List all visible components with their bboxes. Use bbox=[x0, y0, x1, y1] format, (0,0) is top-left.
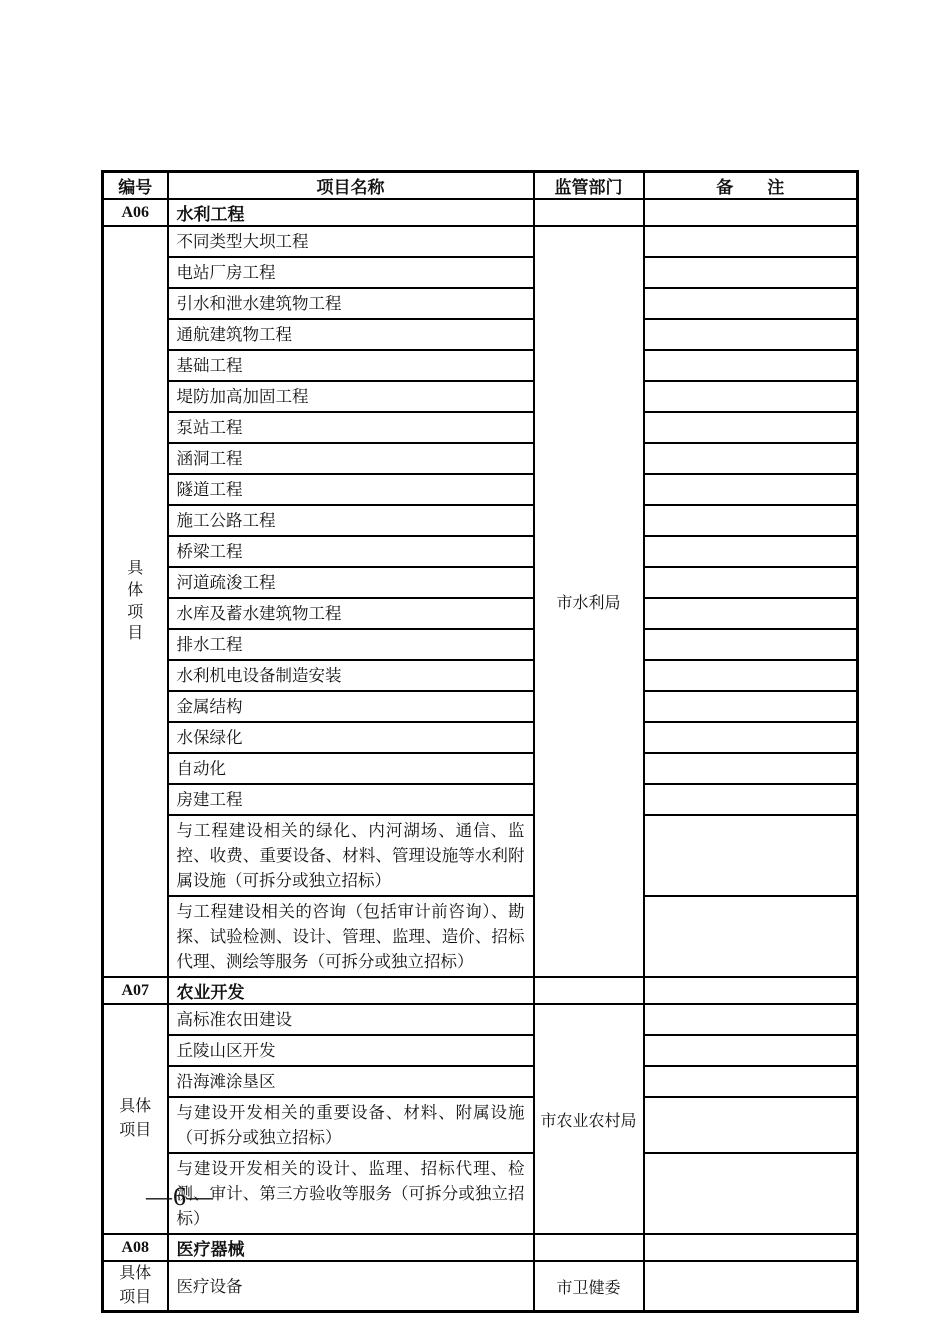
remark-cell bbox=[644, 629, 858, 660]
project-row: 沿海滩涂垦区 bbox=[103, 1066, 858, 1097]
dept-cell-empty bbox=[534, 977, 644, 1004]
project-row: 与建设开发相关的设计、监理、招标代理、检测、审计、第三方验收等服务（可拆分或独立… bbox=[103, 1153, 858, 1234]
project-name-cell: 高标准农田建设 bbox=[168, 1004, 534, 1035]
remark-cell bbox=[644, 381, 858, 412]
project-name-cell: 不同类型大坝工程 bbox=[168, 226, 534, 257]
project-row: 基础工程 bbox=[103, 350, 858, 381]
project-row: 施工公路工程 bbox=[103, 505, 858, 536]
remark-cell bbox=[644, 691, 858, 722]
dept-cell-empty bbox=[534, 199, 644, 226]
category-title-cell: 医疗器械 bbox=[168, 1234, 534, 1261]
remark-cell bbox=[644, 1234, 858, 1261]
project-row: 房建工程 bbox=[103, 784, 858, 815]
project-row: 丘陵山区开发 bbox=[103, 1035, 858, 1066]
remark-cell bbox=[644, 350, 858, 381]
project-name-cell: 桥梁工程 bbox=[168, 536, 534, 567]
project-name-cell: 金属结构 bbox=[168, 691, 534, 722]
code-cell: A08 bbox=[103, 1234, 168, 1261]
project-name-cell: 引水和泄水建筑物工程 bbox=[168, 288, 534, 319]
remark-cell bbox=[644, 815, 858, 896]
remark-cell bbox=[644, 1097, 858, 1153]
remark-cell bbox=[644, 443, 858, 474]
project-row: 电站厂房工程 bbox=[103, 257, 858, 288]
project-name-cell: 医疗设备 bbox=[168, 1261, 534, 1312]
project-row: 与工程建设相关的绿化、内河湖场、通信、监控、收费、重要设备、材料、管理设施等水利… bbox=[103, 815, 858, 896]
project-row: 具体项目 不同类型大坝工程 市水利局 bbox=[103, 226, 858, 257]
category-title-cell: 水利工程 bbox=[168, 199, 534, 226]
remark-cell bbox=[644, 536, 858, 567]
remark-cell bbox=[644, 505, 858, 536]
project-row: 水保绿化 bbox=[103, 722, 858, 753]
header-remark: 备 注 bbox=[644, 172, 858, 200]
project-row: 泵站工程 bbox=[103, 412, 858, 443]
remark-cell bbox=[644, 1153, 858, 1234]
project-name-cell: 基础工程 bbox=[168, 350, 534, 381]
project-name-cell: 河道疏浚工程 bbox=[168, 567, 534, 598]
project-row: 通航建筑物工程 bbox=[103, 319, 858, 350]
project-name-cell: 排水工程 bbox=[168, 629, 534, 660]
header-code: 编号 bbox=[103, 172, 168, 200]
project-name-cell: 电站厂房工程 bbox=[168, 257, 534, 288]
remark-cell bbox=[644, 1066, 858, 1097]
document-page: 编号 项目名称 监管部门 备 注 A06 水利工程 具体项目 不同类型大坝工程 … bbox=[0, 0, 950, 1343]
remark-cell bbox=[644, 1035, 858, 1066]
remark-cell bbox=[644, 660, 858, 691]
remark-cell bbox=[644, 1004, 858, 1035]
project-name-cell: 堤防加高加固工程 bbox=[168, 381, 534, 412]
project-name-cell: 自动化 bbox=[168, 753, 534, 784]
remark-cell bbox=[644, 784, 858, 815]
project-name-cell: 通航建筑物工程 bbox=[168, 319, 534, 350]
project-row: 引水和泄水建筑物工程 bbox=[103, 288, 858, 319]
code-cell: A07 bbox=[103, 977, 168, 1004]
remark-cell bbox=[644, 319, 858, 350]
remark-cell bbox=[644, 722, 858, 753]
project-name-cell: 水利机电设备制造安装 bbox=[168, 660, 534, 691]
category-title-cell: 农业开发 bbox=[168, 977, 534, 1004]
project-name-cell: 与建设开发相关的重要设备、材料、附属设施（可拆分或独立招标） bbox=[168, 1097, 534, 1153]
code-cell: A06 bbox=[103, 199, 168, 226]
remark-cell bbox=[644, 257, 858, 288]
remark-cell bbox=[644, 977, 858, 1004]
project-name-cell: 沿海滩涂垦区 bbox=[168, 1066, 534, 1097]
dept-cell-empty bbox=[534, 1234, 644, 1261]
category-row-a08: A08 医疗器械 bbox=[103, 1234, 858, 1261]
project-name-cell: 隧道工程 bbox=[168, 474, 534, 505]
project-row: 与建设开发相关的重要设备、材料、附属设施（可拆分或独立招标） bbox=[103, 1097, 858, 1153]
project-row: 河道疏浚工程 bbox=[103, 567, 858, 598]
remark-cell bbox=[644, 1261, 858, 1312]
project-row: 具体项目 高标准农田建设 市农业农村局 bbox=[103, 1004, 858, 1035]
remark-cell bbox=[644, 412, 858, 443]
category-row-a06: A06 水利工程 bbox=[103, 199, 858, 226]
project-row: 与工程建设相关的咨询（包括审计前咨询）、勘探、试验检测、设计、管理、监理、造价、… bbox=[103, 896, 858, 977]
project-name-cell: 泵站工程 bbox=[168, 412, 534, 443]
project-name-cell: 丘陵山区开发 bbox=[168, 1035, 534, 1066]
project-row: 水库及蓄水建筑物工程 bbox=[103, 598, 858, 629]
project-name-cell: 与工程建设相关的咨询（包括审计前咨询）、勘探、试验检测、设计、管理、监理、造价、… bbox=[168, 896, 534, 977]
remark-cell bbox=[644, 896, 858, 977]
remark-cell bbox=[644, 753, 858, 784]
project-name-cell: 涵洞工程 bbox=[168, 443, 534, 474]
project-row: 隧道工程 bbox=[103, 474, 858, 505]
page-number: —6— bbox=[146, 1182, 214, 1212]
project-name-cell: 水保绿化 bbox=[168, 722, 534, 753]
remark-cell bbox=[644, 598, 858, 629]
remark-cell bbox=[644, 567, 858, 598]
project-name-cell: 与建设开发相关的设计、监理、招标代理、检测、审计、第三方验收等服务（可拆分或独立… bbox=[168, 1153, 534, 1234]
project-row: 堤防加高加固工程 bbox=[103, 381, 858, 412]
project-name-cell: 与工程建设相关的绿化、内河湖场、通信、监控、收费、重要设备、材料、管理设施等水利… bbox=[168, 815, 534, 896]
row-group-label: 具体项目 bbox=[103, 226, 168, 977]
project-row: 涵洞工程 bbox=[103, 443, 858, 474]
header-dept: 监管部门 bbox=[534, 172, 644, 200]
remark-cell bbox=[644, 474, 858, 505]
project-row: 排水工程 bbox=[103, 629, 858, 660]
approval-projects-table: 编号 项目名称 监管部门 备 注 A06 水利工程 具体项目 不同类型大坝工程 … bbox=[101, 170, 859, 1313]
dept-cell: 市卫健委 bbox=[534, 1261, 644, 1312]
category-row-a07: A07 农业开发 bbox=[103, 977, 858, 1004]
project-row: 具体项目 医疗设备 市卫健委 bbox=[103, 1261, 858, 1312]
project-name-cell: 房建工程 bbox=[168, 784, 534, 815]
project-name-cell: 施工公路工程 bbox=[168, 505, 534, 536]
project-row: 水利机电设备制造安装 bbox=[103, 660, 858, 691]
remark-cell bbox=[644, 288, 858, 319]
header-project-name: 项目名称 bbox=[168, 172, 534, 200]
project-row: 自动化 bbox=[103, 753, 858, 784]
remark-cell bbox=[644, 199, 858, 226]
project-name-cell: 水库及蓄水建筑物工程 bbox=[168, 598, 534, 629]
project-row: 金属结构 bbox=[103, 691, 858, 722]
remark-cell bbox=[644, 226, 858, 257]
row-group-label: 具体项目 bbox=[103, 1261, 168, 1312]
table-header-row: 编号 项目名称 监管部门 备 注 bbox=[103, 172, 858, 200]
dept-cell: 市水利局 bbox=[534, 226, 644, 977]
project-row: 桥梁工程 bbox=[103, 536, 858, 567]
dept-cell: 市农业农村局 bbox=[534, 1004, 644, 1234]
